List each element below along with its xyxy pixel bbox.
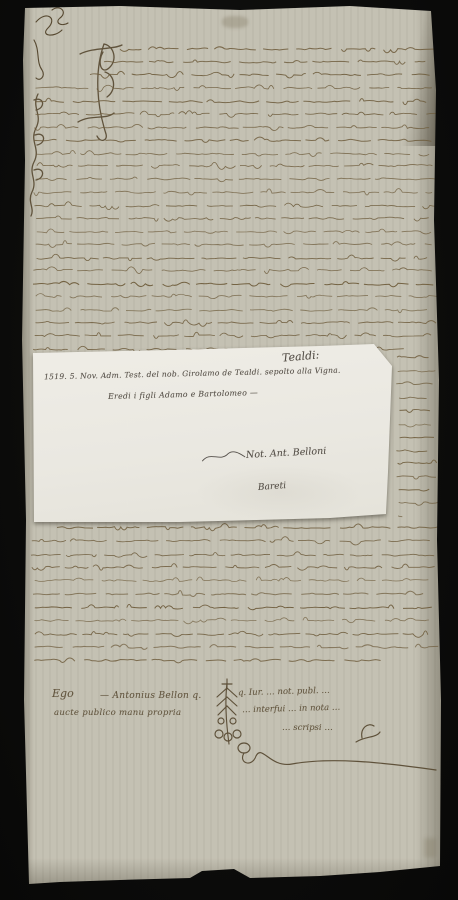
slip-heading: Tealdi: <box>282 348 320 364</box>
script-line <box>32 537 430 545</box>
script-line <box>35 98 426 104</box>
script-line <box>396 382 432 385</box>
script-line <box>35 124 430 130</box>
script-line <box>37 229 431 234</box>
script-line <box>34 617 429 623</box>
script-line <box>400 437 434 438</box>
script-line <box>33 267 431 274</box>
parchment-sheet: Ego — Antonius Bellon q. q. Iur. … not. … <box>0 0 458 900</box>
script-line <box>34 137 431 142</box>
subscription-line1-left: — Antonius Bellon q. <box>100 691 202 701</box>
script-line <box>400 409 431 412</box>
initial-stem <box>97 44 106 140</box>
script-line <box>398 516 402 517</box>
script-line <box>34 189 432 196</box>
photo-backdrop: Ego — Antonius Bellon q. q. Iur. … not. … <box>0 0 458 900</box>
script-line <box>36 308 427 313</box>
faint-archival-mark <box>424 838 436 858</box>
script-line <box>398 371 436 372</box>
script-line <box>120 47 434 53</box>
subscription-line2-left: aucte publico manu propria <box>54 708 181 718</box>
script-line <box>399 397 427 399</box>
script-line <box>398 460 437 464</box>
script-line <box>399 502 440 505</box>
script-line <box>399 424 431 427</box>
margin-chain <box>30 94 38 216</box>
flourish-stroke <box>52 8 68 25</box>
margin-loops <box>34 99 44 180</box>
script-line <box>37 177 438 182</box>
script-line <box>33 591 423 597</box>
archival-slip-wrapper: Tealdi: 1519. 5. Nov. Adm. Test. del nob… <box>30 342 396 526</box>
subscription-line3-right: … scripsi … <box>282 723 333 733</box>
script-line <box>32 564 435 571</box>
script-line <box>35 604 432 609</box>
script-line <box>36 111 436 118</box>
script-line <box>396 450 427 452</box>
flourish-stroke <box>34 40 43 79</box>
script-line <box>104 60 425 64</box>
script-line <box>36 85 432 92</box>
margin-flourish-top-left <box>34 8 68 79</box>
initial-bowl <box>105 72 114 97</box>
script-line <box>36 216 429 221</box>
script-line <box>36 320 437 326</box>
notary-signature: Not. Ant. Belloni <box>246 445 327 460</box>
subscription-line2-right: … interfui … in nota … <box>242 703 341 716</box>
signature-swash <box>200 447 247 465</box>
script-line <box>36 241 432 248</box>
slip-annotation-line2: Eredi i figli Adamo e Bartolomeo — <box>108 388 258 401</box>
script-line <box>37 162 433 169</box>
slip-annotation-line1: 1519. 5. Nov. Adm. Test. del nob. Girola… <box>44 366 341 382</box>
script-line <box>397 476 436 479</box>
script-line <box>90 71 430 78</box>
script-line <box>36 151 429 157</box>
subscription-ego: Ego <box>52 687 74 700</box>
script-line <box>399 489 430 491</box>
script-line <box>35 577 429 582</box>
archival-slip: Tealdi: 1519. 5. Nov. Adm. Test. del nob… <box>30 342 396 526</box>
script-line <box>34 202 435 210</box>
decorated-initial <box>30 44 122 216</box>
script-line <box>37 254 428 261</box>
flourish-stroke <box>36 16 62 35</box>
script-line <box>34 658 380 663</box>
script-line <box>36 294 440 299</box>
notary-signature-row: Not. Ant. Belloni <box>200 443 327 466</box>
script-line <box>35 631 428 637</box>
script-line <box>397 356 428 358</box>
script-line <box>35 644 439 649</box>
script-line <box>35 332 431 338</box>
script-line <box>31 552 434 558</box>
notarial-subscription: Ego — Antonius Bellon q. q. Iur. … not. … <box>30 678 440 778</box>
secondary-signature: Bareti <box>258 481 287 493</box>
script-line <box>33 281 433 286</box>
subscription-line1-right: q. Iur. … not. publ. … <box>238 686 330 698</box>
